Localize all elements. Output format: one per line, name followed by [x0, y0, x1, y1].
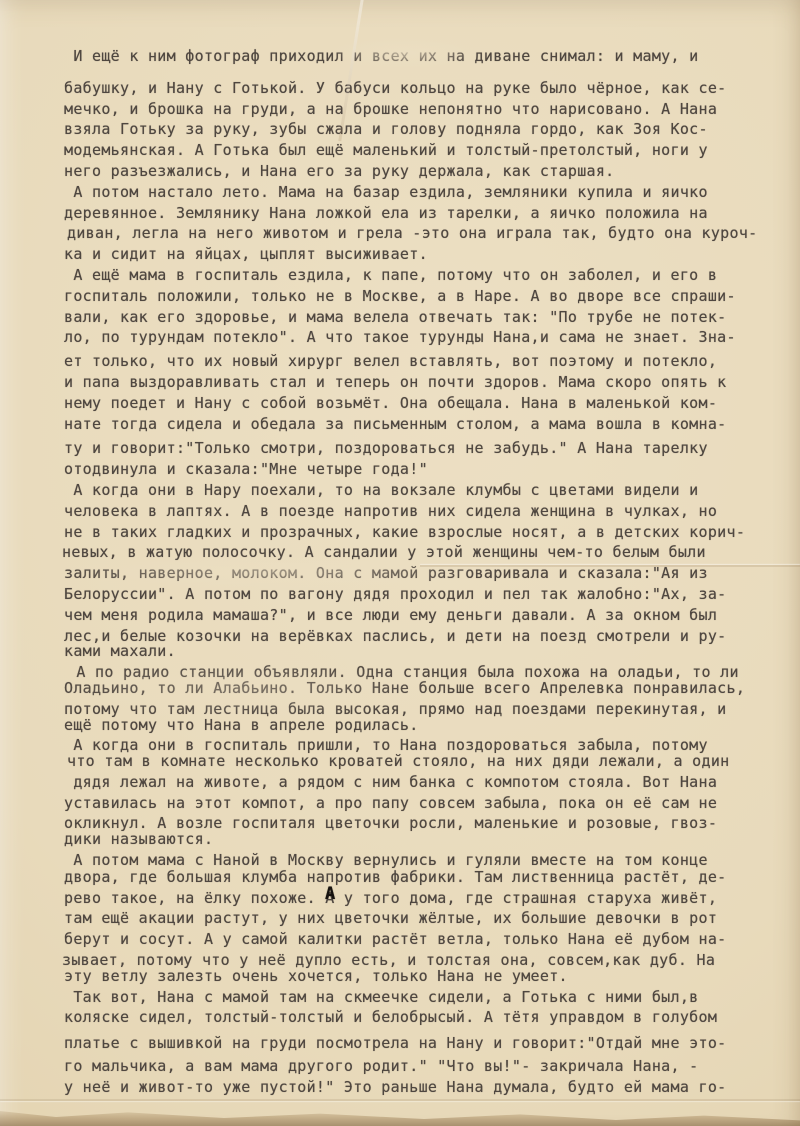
- text-line: человека в лаптях. А в поезде напротив н…: [64, 501, 766, 522]
- text-line: Белоруссии". А потом по вагону дядя прох…: [64, 584, 766, 605]
- text-line: ка и сидит на яйцах, цыплят высиживает.: [64, 244, 766, 265]
- text-line: невых, в жатую полосочку. А сандалии у э…: [62, 542, 764, 563]
- text-line: мечко, и брошка на груди, а на брошке не…: [64, 99, 766, 120]
- text-line: нате тогда сидела и обедала за письменны…: [64, 414, 766, 435]
- text-line: бабушку, и Нану с Готькой. У бабуси коль…: [64, 78, 766, 99]
- text-line: не в таких гладких и прозрачных, какие в…: [64, 522, 766, 543]
- text-line: А ещё мама в госпиталь ездила, к папе, п…: [64, 265, 766, 286]
- text-line: взяла Готьку за руку, зубы сжала и голов…: [64, 119, 766, 140]
- text-line: платье с вышивкой на груди посмотрела на…: [64, 1033, 766, 1054]
- handwritten-correction-letter: А: [325, 884, 335, 904]
- text-line: двора, где большая клумба напротив фабри…: [64, 867, 766, 888]
- text-line: го мальчика, а вам мама другого родит." …: [64, 1056, 766, 1077]
- typewritten-text: И ещё к ним фотограф приходил и всех их …: [0, 0, 800, 1098]
- text-line: там ещё акации растут, у них цветочки жё…: [64, 908, 766, 929]
- text-line: берут и сосут. А у самой калитки растёт …: [64, 929, 766, 950]
- text-line: ет только, что их новый хирург велел вст…: [64, 351, 766, 372]
- text-line: коляске сидел, толстый-толстый и белобры…: [64, 1007, 766, 1028]
- text-line: госпиталь положили, только не в Москве, …: [64, 286, 766, 307]
- text-line: залиты, наверное, молоком. Она с мамой р…: [64, 563, 766, 584]
- text-line: отодвинула и сказала:"Мне четыре года!": [64, 459, 766, 480]
- text-line: И ещё к ним фотограф приходил и всех их …: [64, 46, 766, 67]
- text-line: дядя лежал на животе, а рядом с ним банк…: [64, 772, 766, 793]
- text-line: Так вот, Нана с мамой там на скмеечке си…: [64, 987, 766, 1008]
- text-line: ло, по турундам потекло". А что такое ту…: [64, 327, 766, 348]
- text-line: зывает, потому что у неё дупло есть, и т…: [62, 950, 764, 971]
- text-line: модемьянская. А Готька был ещё маленький…: [64, 140, 766, 161]
- text-line: А по радио станции объявляли. Одна станц…: [67, 662, 769, 683]
- text-line: А потом настало лето. Мама на базар езди…: [64, 182, 766, 203]
- text-line: нему поедет и Нану с собой возьмёт. Она …: [64, 393, 766, 414]
- text-line: и папа выздоравливать стал и теперь он п…: [64, 372, 766, 393]
- text-line: него разъезжались, и Нана его за руку де…: [64, 161, 766, 182]
- text-line: у неё и живот-то уже пустой!" Это раньше…: [64, 1077, 766, 1098]
- text-line: рево такое, на ёлку похоже. А у того дом…: [64, 888, 766, 909]
- text-line: ту и говорит:"Только смотри, поздоровать…: [64, 438, 766, 459]
- text-line: уставилась на этот компот, а про папу со…: [64, 793, 766, 814]
- text-line: вали, как его здоровье, и мама велела от…: [64, 307, 766, 328]
- text-line: деревянное. Землянику Нана ложкой ела из…: [64, 203, 766, 224]
- text-line: что там в комнате несколько кроватей сто…: [67, 751, 769, 772]
- text-line: А когда они в Нару поехали, то на вокзал…: [64, 480, 766, 501]
- torn-paper-edge: [0, 1106, 800, 1126]
- paper-crease: [0, 1099, 800, 1101]
- text-line: диван, легла на него животом и грела -эт…: [67, 223, 769, 244]
- paper-sheet: И ещё к ним фотограф приходил и всех их …: [0, 0, 800, 1126]
- text-line: чем меня родила мамаша?", и все люди ему…: [64, 605, 766, 626]
